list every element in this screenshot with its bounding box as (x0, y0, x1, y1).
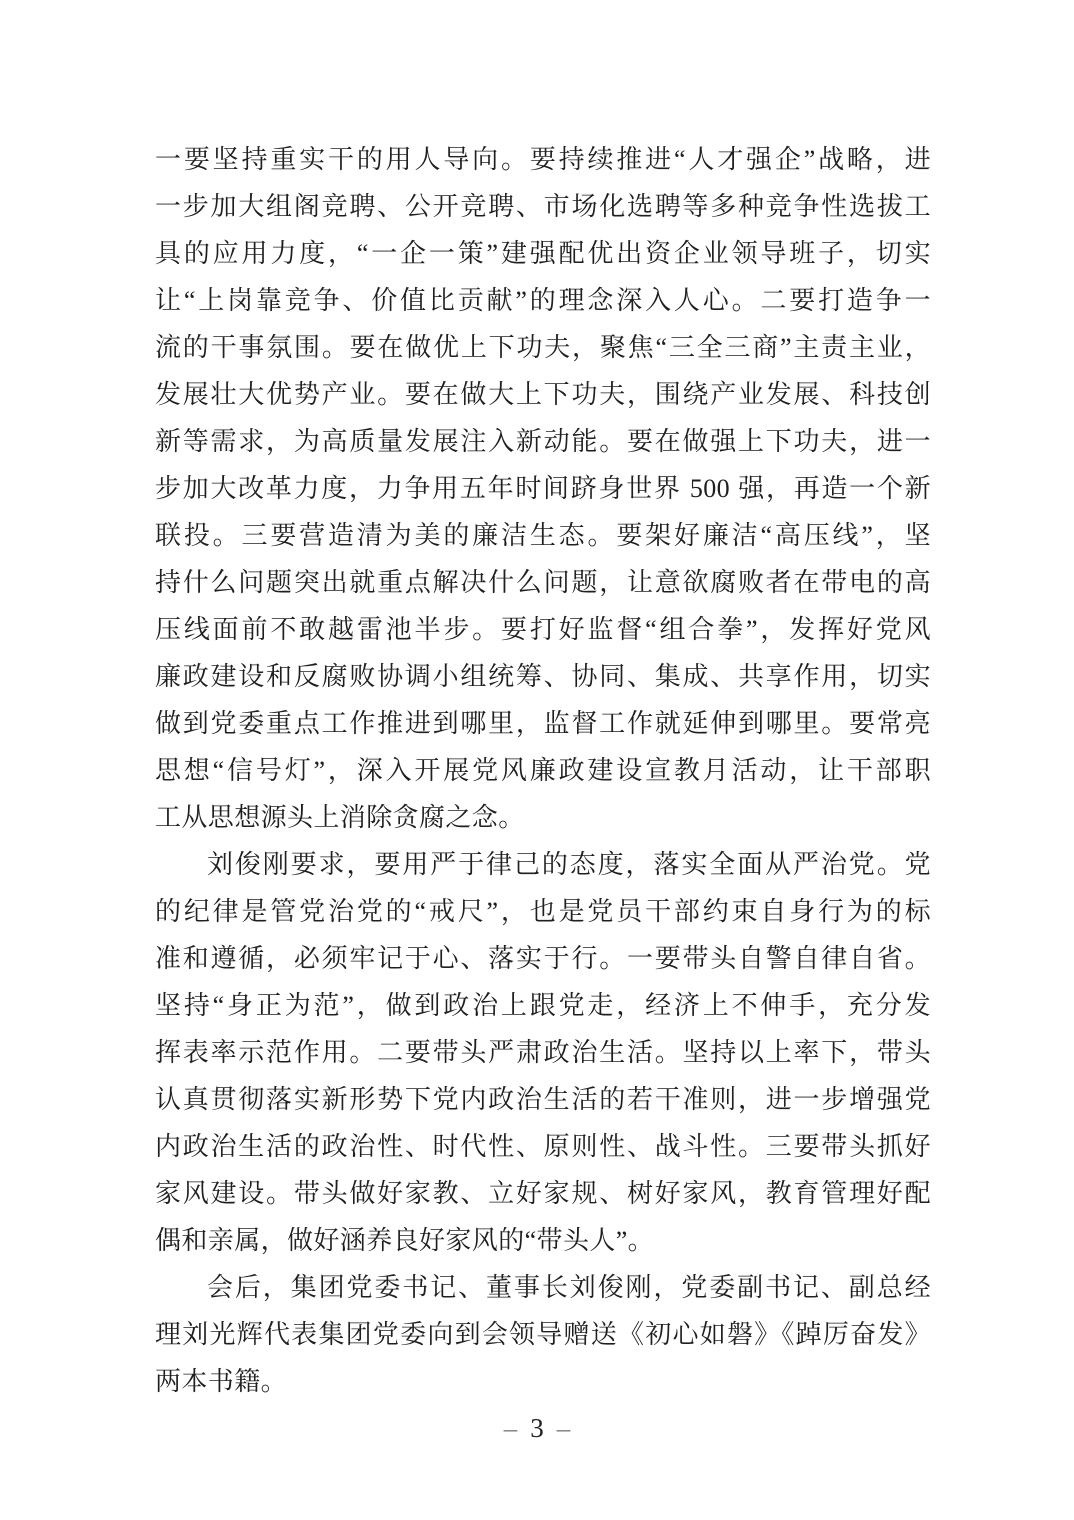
text-line: 思想“信号灯”，深入开展党风廉政建设宣教月活动，让干部职 (155, 747, 931, 794)
text-line: 两本书籍。 (155, 1358, 931, 1405)
text-line: 内政治生活的政治性、时代性、原则性、战斗性。三要带头抓好 (155, 1123, 931, 1170)
text-line: 步加大改革力度，力争用五年时间跻身世界 500 强，再造一个新 (155, 465, 931, 512)
page-number-dash-right: – (544, 1413, 584, 1443)
text-line: 理刘光辉代表集团党委向到会领导赠送《初心如磐》《踔厉奋发》 (155, 1311, 931, 1358)
text-line: 刘俊刚要求，要用严于律己的态度，落实全面从严治党。党 (155, 841, 931, 888)
paragraph: 一要坚持重实干的用人导向。要持续推进“人才强企”战略，进一步加大组阁竞聘、公开竞… (155, 136, 931, 841)
text-line: 工从思想源头上消除贪腐之念。 (155, 794, 931, 841)
text-line: 具的应用力度，“一企一策”建强配优出资企业领导班子，切实 (155, 230, 931, 277)
text-line: 联投。三要营造清为美的廉洁生态。要架好廉洁“高压线”，坚 (155, 512, 931, 559)
text-line: 发展壮大优势产业。要在做大上下功夫，围绕产业发展、科技创 (155, 371, 931, 418)
text-line: 准和遵循，必须牢记于心、落实于行。一要带头自警自律自省。 (155, 935, 931, 982)
text-line: 持什么问题突出就重点解决什么问题，让意欲腐败者在带电的高 (155, 559, 931, 606)
text-line: 会后，集团党委书记、董事长刘俊刚，党委副书记、副总经 (155, 1264, 931, 1311)
text-line: 让“上岗靠竞争、价值比贡献”的理念深入人心。二要打造争一 (155, 277, 931, 324)
page-number: 3 (530, 1413, 544, 1443)
text-line: 流的干事氛围。要在做优上下功夫，聚焦“三全三商”主责主业， (155, 324, 931, 371)
text-line: 压线面前不敢越雷池半步。要打好监督“组合拳”，发挥好党风 (155, 606, 931, 653)
text-line: 挥表率示范作用。二要带头严肃政治生活。坚持以上率下，带头 (155, 1029, 931, 1076)
text-line: 廉政建设和反腐败协调小组统筹、协同、集成、共享作用，切实 (155, 653, 931, 700)
text-line: 家风建设。带头做好家教、立好家规、树好家风，教育管理好配 (155, 1170, 931, 1217)
text-line: 新等需求，为高质量发展注入新动能。要在做强上下功夫，进一 (155, 418, 931, 465)
paragraph: 刘俊刚要求，要用严于律己的态度，落实全面从严治党。党的纪律是管党治党的“戒尺”，… (155, 841, 931, 1264)
document-body: 一要坚持重实干的用人导向。要持续推进“人才强企”战略，进一步加大组阁竞聘、公开竞… (155, 136, 931, 1405)
text-line: 偶和亲属，做好涵养良好家风的“带头人”。 (155, 1217, 931, 1264)
text-line: 认真贯彻落实新形势下党内政治生活的若干准则，进一步增强党 (155, 1076, 931, 1123)
text-line: 坚持“身正为范”，做到政治上跟党走，经济上不伸手，充分发 (155, 982, 931, 1029)
text-line: 一步加大组阁竞聘、公开竞聘、市场化选聘等多种竞争性选拔工 (155, 183, 931, 230)
document-page: 一要坚持重实干的用人导向。要持续推进“人才强企”战略，进一步加大组阁竞聘、公开竞… (0, 0, 1074, 1520)
text-line: 做到党委重点工作推进到哪里，监督工作就延伸到哪里。要常亮 (155, 700, 931, 747)
page-number-dash-left: – (491, 1413, 531, 1443)
page-footer: –3– (0, 1408, 1074, 1448)
text-line: 一要坚持重实干的用人导向。要持续推进“人才强企”战略，进 (155, 136, 931, 183)
paragraph: 会后，集团党委书记、董事长刘俊刚，党委副书记、副总经理刘光辉代表集团党委向到会领… (155, 1264, 931, 1405)
text-line: 的纪律是管党治党的“戒尺”，也是党员干部约束自身行为的标 (155, 888, 931, 935)
